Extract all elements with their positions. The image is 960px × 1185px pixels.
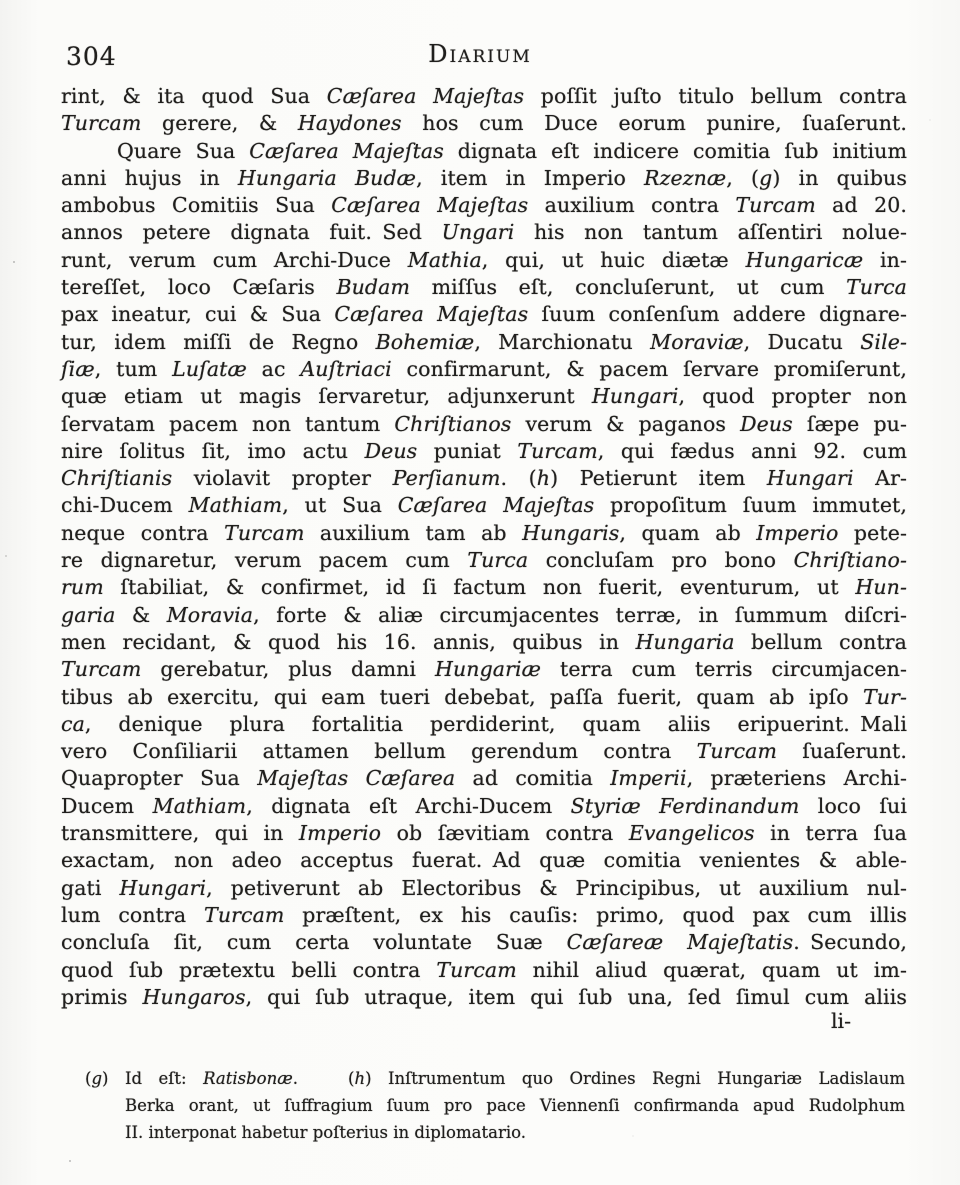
text-line: garia & Moravia, forte & aliæ circumjace… — [61, 602, 907, 629]
text-segment: Turcam — [61, 657, 141, 681]
text-segment: , dignata eſt Archi-Ducem — [246, 794, 570, 818]
text-segment: ad comitia — [455, 766, 610, 790]
text-segment: Imperio — [299, 821, 381, 845]
text-segment: Chriſtianis — [61, 466, 172, 490]
text-segment: Cæſareæ Majeſtatis — [567, 930, 794, 954]
text-segment: exactam, non adeo acceptus fuerat. Ad qu… — [61, 848, 907, 872]
text-segment: ſæpe pu- — [793, 412, 907, 436]
text-line: men recidant, & quod his 16. annis, quib… — [61, 629, 907, 656]
text-segment: Turcam — [204, 903, 284, 927]
text-segment: rum — [61, 575, 104, 599]
text-segment: Ar- — [854, 466, 907, 490]
text-segment: Cæſarea Majeſtas — [398, 493, 595, 517]
text-segment: ac — [247, 357, 301, 381]
text-segment: ob ſævitiam contra — [381, 821, 629, 845]
text-segment: ſuum conſenſum addere dignare- — [528, 302, 907, 326]
text-segment: ) Petierunt item — [550, 466, 767, 490]
text-line: primis Hungaros, qui ſub utraque, item q… — [61, 984, 907, 1011]
text-segment: Styriæ Ferdinandum — [571, 794, 800, 818]
text-segment: Evangelicos — [629, 821, 755, 845]
text-segment: præſtent, ex his cauſis: primo, quod pax… — [284, 903, 907, 927]
text-segment: Turca — [846, 275, 907, 299]
text-line: (g) Id eſt: Ratisbonæ.(h) Inſtrumentum q… — [85, 1066, 905, 1093]
text-segment: Cæſarea Majeſtas — [334, 302, 528, 326]
text-segment: garia — [61, 603, 115, 627]
text-line: Quapropter Sua Majeſtas Cæſarea ad comit… — [61, 765, 907, 792]
text-segment: Turca — [467, 548, 528, 572]
text-line: runt, verum cum Archi-Duce Mathia, qui, … — [61, 247, 907, 274]
text-segment: , petiverunt ab Electoribus & Principibu… — [206, 876, 907, 900]
text-segment: tur, idem miſſi de Regno — [61, 330, 376, 354]
text-segment: primis — [61, 985, 143, 1009]
text-segment: Hungari — [767, 466, 854, 490]
text-segment: poſſit juſto titulo bellum contra — [524, 84, 907, 108]
text-segment: . — [293, 1069, 298, 1088]
text-line: Turcam gerebatur, plus damni Hungariæ te… — [61, 656, 907, 683]
text-segment: lum contra — [61, 903, 204, 927]
text-segment: dignata eſt indicere comitia ſub initium — [444, 139, 907, 163]
text-segment: Ratisbonæ — [203, 1069, 293, 1088]
text-segment: Tur- — [863, 685, 907, 709]
text-line: Berka orant, ut ſuffragium ſuum pro pace… — [85, 1093, 905, 1120]
text-segment: quæ etiam ut magis ſervaretur, adjunxeru… — [61, 384, 592, 408]
text-segment: in terra ſua — [755, 821, 907, 845]
text-segment: , qui ſub utraque, item qui ſub una, ſed… — [246, 985, 907, 1009]
text-segment: Hungaris — [522, 521, 619, 545]
text-segment: ſtabiliat, & confirmet, id ſi factum non… — [104, 575, 856, 599]
text-segment: , præteriens Archi- — [687, 766, 907, 790]
text-segment: Sile- — [860, 330, 907, 354]
text-segment: ) Id eſt: — [102, 1069, 203, 1088]
running-title: Diarium — [0, 40, 960, 68]
text-segment: ſuaſerunt. — [777, 739, 907, 763]
text-segment: Mathiam — [153, 794, 247, 818]
text-segment: , quod propter non — [679, 384, 907, 408]
text-segment: ſervatam pacem non tantum — [61, 412, 394, 436]
text-line: vero Conſiliarii attamen bellum gerendum… — [61, 738, 907, 765]
text-segment: Turcam — [697, 739, 777, 763]
text-segment: , Ducatu — [744, 330, 861, 354]
text-segment: concluſam pro bono — [528, 548, 793, 572]
text-segment: h — [537, 466, 550, 490]
text-line: tur, idem miſſi de Regno Bohemiæ, Marchi… — [61, 329, 907, 356]
text-segment: Chriſtiano- — [794, 548, 907, 572]
book-page-scan: 304 Diarium rint, & ita quod Sua Cæſarea… — [0, 0, 960, 1185]
text-segment: Hungaria — [636, 630, 735, 654]
text-segment: Turcam — [224, 521, 304, 545]
text-segment: Imperio — [756, 521, 838, 545]
text-line: Quare Sua Cæſarea Majeſtas dignata eſt i… — [61, 138, 907, 165]
text-line: re dignaretur, verum pacem cum Turca con… — [61, 547, 907, 574]
text-segment: & — [115, 603, 166, 627]
text-segment: Turcam — [517, 439, 597, 463]
text-line: exactam, non adeo acceptus fuerat. Ad qu… — [61, 847, 907, 874]
text-segment: Luſatæ — [172, 357, 247, 381]
text-segment: Deus — [365, 439, 418, 463]
text-segment: runt, verum cum Archi-Duce — [61, 248, 408, 272]
text-line: ſiæ, tum Luſatæ ac Auſtriaci confirmarun… — [61, 356, 907, 383]
text-segment: g — [91, 1069, 102, 1088]
text-line: concluſa ſit, cum certa voluntate Suæ Cæ… — [61, 929, 907, 956]
text-segment: II. interponat habetur poſterius in dipl… — [125, 1123, 526, 1142]
text-segment: h — [354, 1069, 365, 1088]
catchword: li- — [61, 1009, 907, 1033]
text-line: tibus ab exercitu, qui eam tueri debebat… — [61, 684, 907, 711]
text-segment: confirmarunt, & pacem ſervare promiſerun… — [392, 357, 907, 381]
text-line: ambobus Comitiis Sua Cæſarea Majeſtas au… — [61, 192, 907, 219]
text-line: tereſſet, loco Cæſaris Budam miſſus eſt,… — [61, 274, 907, 301]
text-segment: Mathia — [408, 248, 482, 272]
text-segment: Berka orant, ut ſuffragium ſuum pro pace… — [125, 1096, 905, 1115]
text-segment: Hungari — [119, 876, 206, 900]
text-segment: Auſtriaci — [300, 357, 391, 381]
text-segment: Imperii — [610, 766, 686, 790]
text-line: neque contra Turcam auxilium tam ab Hung… — [61, 520, 907, 547]
text-segment: , qui fædus anni 92. cum — [598, 439, 907, 463]
text-segment: Hungariæ — [435, 657, 541, 681]
text-segment: gati — [61, 876, 119, 900]
text-segment: anni hujus in — [61, 166, 238, 190]
text-segment: Hun- — [855, 575, 907, 599]
text-segment: nihil aliud quærat, quam ut im- — [517, 958, 907, 982]
text-line: transmittere, qui in Imperio ob ſævitiam… — [61, 820, 907, 847]
text-segment: re dignaretur, verum pacem cum — [61, 548, 467, 572]
text-line: chi-Ducem Mathiam, ut Sua Cæſarea Majeſt… — [61, 492, 907, 519]
text-segment: g — [759, 166, 772, 190]
text-segment: bellum contra — [735, 630, 907, 654]
text-line: pax ineatur, cui & Sua Cæſarea Majeſtas … — [61, 301, 907, 328]
text-segment: transmittere, qui in — [61, 821, 299, 845]
text-segment: ca — [61, 712, 85, 736]
text-segment: Haydones — [298, 111, 402, 135]
text-line: lum contra Turcam præſtent, ex his cauſi… — [61, 902, 907, 929]
text-segment: nire ſolitus ſit, imo actu — [61, 439, 365, 463]
text-segment: ) in quibus — [772, 166, 907, 190]
text-line: gati Hungari, petiverunt ab Electoribus … — [61, 875, 907, 902]
text-segment: Hungaros — [143, 985, 246, 1009]
text-segment: Turcam — [436, 958, 516, 982]
text-segment: , tum — [95, 357, 172, 381]
text-line: rint, & ita quod Sua Cæſarea Majeſtas po… — [61, 83, 907, 110]
text-segment: auxilium contra — [528, 193, 735, 217]
text-segment: . ( — [501, 466, 537, 490]
text-segment: Turcam — [61, 111, 141, 135]
text-segment: verum & paganos — [511, 412, 740, 436]
text-segment: pax ineatur, cui & Sua — [61, 302, 334, 326]
text-segment: Turcam — [735, 193, 815, 217]
text-segment: Mathiam — [189, 493, 283, 517]
text-segment: hos cum Duce eorum punire, ſuaſerunt. — [402, 111, 907, 135]
text-segment: terra cum terris circumjacen- — [541, 657, 907, 681]
text-line: ca, denique plura fortalitia perdiderint… — [61, 711, 907, 738]
text-line: Ducem Mathiam, dignata eſt Archi-Ducem S… — [61, 793, 907, 820]
text-segment: ad 20. — [816, 193, 907, 217]
text-segment: gerere, & — [141, 111, 297, 135]
text-segment: violavit propter — [172, 466, 392, 490]
text-segment: Hungari — [592, 384, 679, 408]
text-segment: quod ſub prætextu belli contra — [61, 958, 436, 982]
text-segment: tereſſet, loco Cæſaris — [61, 275, 336, 299]
body-text: rint, & ita quod Sua Cæſarea Majeſtas po… — [61, 83, 907, 1011]
text-line: ſervatam pacem non tantum Chriſtianos ve… — [61, 411, 907, 438]
text-segment: neque contra — [61, 521, 224, 545]
text-segment: puniat — [417, 439, 517, 463]
text-segment: Rzeznæ — [644, 166, 726, 190]
text-line: Turcam gerere, & Haydones hos cum Duce e… — [61, 110, 907, 137]
text-segment: ſiæ — [61, 357, 95, 381]
text-segment: Bohemiæ — [376, 330, 475, 354]
text-segment: , ( — [726, 166, 759, 190]
text-segment: Cæſarea Majeſtas — [249, 139, 444, 163]
text-line: II. interponat habetur poſterius in dipl… — [85, 1120, 905, 1147]
text-segment: auxilium tam ab — [304, 521, 522, 545]
text-segment: men recidant, & quod his 16. annis, quib… — [61, 630, 636, 654]
text-segment: in- — [863, 248, 907, 272]
text-segment: chi-Ducem — [61, 493, 189, 517]
text-segment: Perſianum — [393, 466, 501, 490]
text-segment: , forte & aliæ circumjacentes terræ, in … — [253, 603, 907, 627]
text-segment: , qui, ut huic diætæ — [482, 248, 746, 272]
text-segment: Hungaria Budæ — [238, 166, 416, 190]
text-segment: pete- — [838, 521, 907, 545]
text-line: rum ſtabiliat, & confirmet, id ſi factum… — [61, 574, 907, 601]
text-segment: Ungari — [442, 220, 515, 244]
text-segment: annos petere dignata fuit. Sed — [61, 220, 442, 244]
text-segment: Moraviæ — [650, 330, 743, 354]
text-segment: miſſus eſt, concluſerunt, ut cum — [410, 275, 846, 299]
text-segment: tibus ab exercitu, qui eam tueri debebat… — [61, 685, 863, 709]
text-segment: Chriſtianos — [394, 412, 511, 436]
text-segment: , quam ab — [619, 521, 756, 545]
text-segment: vero Conſiliarii attamen bellum gerendum… — [61, 739, 697, 763]
text-segment: his non tantum aſſentiri nolue- — [514, 220, 907, 244]
text-segment: Majeſtas Cæſarea — [257, 766, 455, 790]
text-segment: Cæſarea Majeſtas — [331, 193, 528, 217]
text-segment: ) Inſtrumentum quo Ordines Regni Hungari… — [365, 1069, 905, 1088]
footnotes: (g) Id eſt: Ratisbonæ.(h) Inſtrumentum q… — [85, 1066, 905, 1146]
text-segment: ambobus Comitiis Sua — [61, 193, 331, 217]
text-segment: Moravia — [167, 603, 253, 627]
text-line: nire ſolitus ſit, imo actu Deus puniat T… — [61, 438, 907, 465]
text-segment: Cæſarea Majeſtas — [327, 84, 524, 108]
text-segment: , denique plura fortalitia perdiderint, … — [85, 712, 907, 736]
text-segment: , Marchionatu — [474, 330, 650, 354]
text-segment: rint, & ita quod Sua — [61, 84, 327, 108]
text-line: quod ſub prætextu belli contra Turcam ni… — [61, 957, 907, 984]
text-segment: Quapropter Sua — [61, 766, 257, 790]
text-line: Chriſtianis violavit propter Perſianum. … — [61, 465, 907, 492]
text-segment: gerebatur, plus damni — [141, 657, 435, 681]
text-segment: Deus — [740, 412, 793, 436]
text-segment: Quare Sua — [117, 139, 249, 163]
text-segment: . Secundo, — [793, 930, 907, 954]
text-segment: Budam — [336, 275, 410, 299]
text-line: quæ etiam ut magis ſervaretur, adjunxeru… — [61, 383, 907, 410]
text-segment: , item in Imperio — [416, 166, 644, 190]
text-segment: Ducem — [61, 794, 153, 818]
text-segment: concluſa ſit, cum certa voluntate Suæ — [61, 930, 567, 954]
text-segment: loco ſui — [799, 794, 907, 818]
text-segment: propoſitum ſuum immutet, — [594, 493, 907, 517]
text-line: anni hujus in Hungaria Budæ, item in Imp… — [61, 165, 907, 192]
text-segment: , ut Sua — [282, 493, 398, 517]
text-line: annos petere dignata fuit. Sed Ungari hi… — [61, 219, 907, 246]
text-segment: Hungaricæ — [746, 248, 864, 272]
